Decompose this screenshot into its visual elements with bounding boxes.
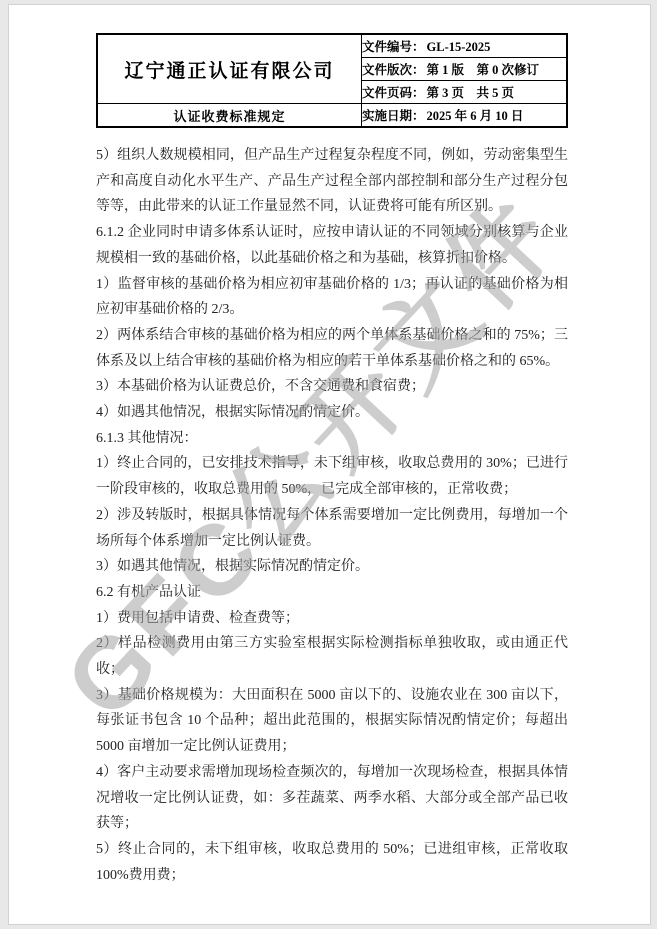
paragraph: 5）终止合同的，未下组审核，收取总费用的 50%；已进组审核，正常收取 100%… (96, 837, 568, 888)
paragraph: 2）两体系结合审核的基础价格为相应的两个单体系基础价格之和的 75%；三体系及以… (96, 323, 568, 374)
paragraph: 6.1.3 其他情况： (96, 426, 568, 452)
paragraph: 1）费用包括申请费、检查费等； (96, 606, 568, 632)
meta-file-number: 文件编号：GL-15-2025 (362, 34, 568, 58)
meta-page-number: 文件页码：第 3 页 共 5 页 (362, 81, 568, 104)
document-page: GFC公开文件 辽宁通正认证有限公司 文件编号：GL-15-2025 文件版次：… (8, 4, 651, 925)
meta-page-number-value: 第 3 页 共 5 页 (425, 86, 515, 100)
document-body: 5）组织人数规模相同，但产品生产过程复杂程度不同，例如，劳动密集型生产和高度自动… (96, 143, 568, 888)
paragraph: 1）终止合同的，已安排技术指导，未下组审核，收取总费用的 30%；已进行一阶段审… (96, 451, 568, 502)
scan-background: GFC公开文件 辽宁通正认证有限公司 文件编号：GL-15-2025 文件版次：… (0, 0, 657, 929)
meta-file-number-label: 文件编号： (362, 40, 425, 54)
paragraph: 3）本基础价格为认证费总价，不含交通费和食宿费； (96, 374, 568, 400)
paragraph: 3）基础价格规模为：大田面积在 5000 亩以下的、设施农业在 300 亩以下，… (96, 683, 568, 760)
meta-effective-date-label: 实施日期： (362, 109, 425, 123)
meta-effective-date-value: 2025 年 6 月 10 日 (425, 109, 524, 123)
paragraph: 4）客户主动要求需增加现场检查频次的，每增加一次现场检查，根据具体情况增收一定比… (96, 760, 568, 837)
meta-file-version-value: 第 1 版 第 0 次修订 (425, 63, 540, 77)
company-name: 辽宁通正认证有限公司 (97, 34, 362, 104)
meta-file-version: 文件版次：第 1 版 第 0 次修订 (362, 58, 568, 81)
paragraph: 2）样品检测费用由第三方实验室根据实际检测指标单独收取，或由通正代收； (96, 631, 568, 682)
meta-file-version-label: 文件版次： (362, 63, 425, 77)
document-header-table: 辽宁通正认证有限公司 文件编号：GL-15-2025 文件版次：第 1 版 第 … (96, 33, 568, 128)
paragraph: 6.1.2 企业同时申请多体系认证时，应按申请认证的不同领域分别核算与企业规模相… (96, 220, 568, 271)
paragraph: 1）监督审核的基础价格为相应初审基础价格的 1/3；再认证的基础价格为相应初审基… (96, 272, 568, 323)
paragraph: 6.2 有机产品认证 (96, 580, 568, 606)
paragraph: 4）如遇其他情况，根据实际情况酌情定价。 (96, 400, 568, 426)
meta-page-number-label: 文件页码： (362, 86, 425, 100)
paragraph: 3）如遇其他情况，根据实际情况酌情定价。 (96, 554, 568, 580)
document-title: 认证收费标准规定 (97, 104, 362, 128)
paragraph: 2）涉及转版时，根据具体情况每个体系需要增加一定比例费用，每增加一个场所每个体系… (96, 503, 568, 554)
paragraph: 5）组织人数规模相同，但产品生产过程复杂程度不同，例如，劳动密集型生产和高度自动… (96, 143, 568, 220)
meta-effective-date: 实施日期：2025 年 6 月 10 日 (362, 104, 568, 128)
document-content: 辽宁通正认证有限公司 文件编号：GL-15-2025 文件版次：第 1 版 第 … (96, 33, 568, 888)
meta-file-number-value: GL-15-2025 (425, 40, 491, 54)
